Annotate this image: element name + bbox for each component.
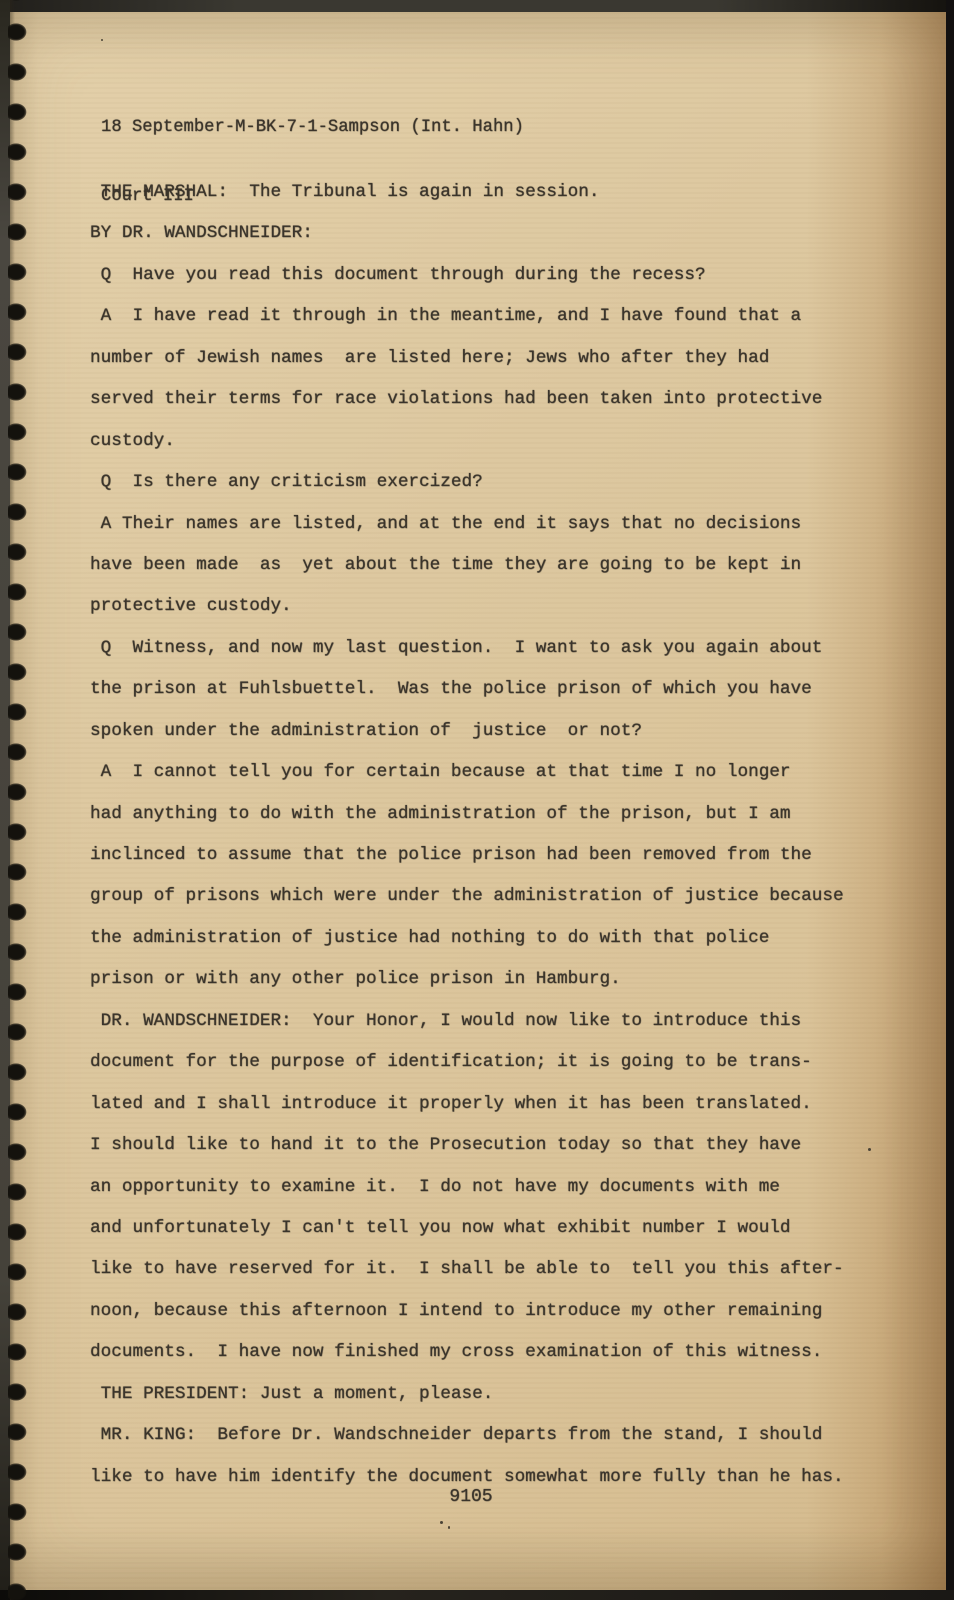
scan-edge-bottom: [0, 1590, 954, 1600]
transcript-line: number of Jewish names are listed here; …: [90, 338, 890, 379]
transcript-line: MR. KING: Before Dr. Wandschneider depar…: [90, 1415, 890, 1456]
transcript-line: THE PRESIDENT: Just a moment, please.: [90, 1374, 890, 1415]
transcript-line: have been made as yet about the time the…: [90, 545, 890, 586]
transcript-line: noon, because this afternoon I intend to…: [90, 1291, 890, 1332]
page-number: 9105: [0, 1483, 942, 1511]
transcript-line: A I have read it through in the meantime…: [90, 296, 890, 337]
transcript-line: THE MARSHAL: The Tribunal is again in se…: [90, 172, 890, 213]
transcript-line: A I cannot tell you for certain because …: [90, 752, 890, 793]
transcript-line: Q Is there any criticism exercized?: [90, 462, 890, 503]
transcript-line: served their terms for race violations h…: [90, 379, 890, 420]
transcript-line: had anything to do with the administrati…: [90, 794, 890, 835]
transcript-line: DR. WANDSCHNEIDER: Your Honor, I would n…: [90, 1001, 890, 1042]
header-docket-line: 18 September-M-BK-7-1-Sampson (Int. Hahn…: [101, 116, 524, 139]
paper-speck: [448, 1526, 450, 1529]
transcript-line: spoken under the administration of justi…: [90, 711, 890, 752]
transcript-body: THE MARSHAL: The Tribunal is again in se…: [90, 172, 890, 1498]
paper-speck: [440, 1521, 443, 1524]
paper-speck: [101, 39, 103, 41]
transcript-line: protective custody.: [90, 586, 890, 627]
transcript-line: BY DR. WANDSCHNEIDER:: [90, 213, 890, 254]
transcript-line: group of prisons which were under the ad…: [90, 876, 890, 917]
paper-speck: [868, 1148, 871, 1151]
transcript-line: custody.: [90, 421, 890, 462]
transcript-line: Q Witness, and now my last question. I w…: [90, 628, 890, 669]
scan-edge-top: [0, 0, 954, 12]
transcript-line: an opportunity to examine it. I do not h…: [90, 1167, 890, 1208]
transcript-line: I should like to hand it to the Prosecut…: [90, 1125, 890, 1166]
binding-holes: [8, 0, 34, 1600]
transcript-line: inclinced to assume that the police pris…: [90, 835, 890, 876]
transcript-line: A Their names are listed, and at the end…: [90, 504, 890, 545]
transcript-line: document for the purpose of identificati…: [90, 1042, 890, 1083]
scan-edge-right: [946, 0, 954, 1600]
transcript-line: prison or with any other police prison i…: [90, 959, 890, 1000]
transcript-line: Q Have you read this document through du…: [90, 255, 890, 296]
transcript-line: documents. I have now finished my cross …: [90, 1332, 890, 1373]
transcript-line: lated and I shall introduce it properly …: [90, 1084, 890, 1125]
transcript-line: the administration of justice had nothin…: [90, 918, 890, 959]
transcript-line: the prison at Fuhlsbuettel. Was the poli…: [90, 669, 890, 710]
transcript-line: like to have reserved for it. I shall be…: [90, 1249, 890, 1290]
transcript-line: and unfortunately I can't tell you now w…: [90, 1208, 890, 1249]
scanned-transcript-page: 18 September-M-BK-7-1-Sampson (Int. Hahn…: [0, 0, 954, 1600]
